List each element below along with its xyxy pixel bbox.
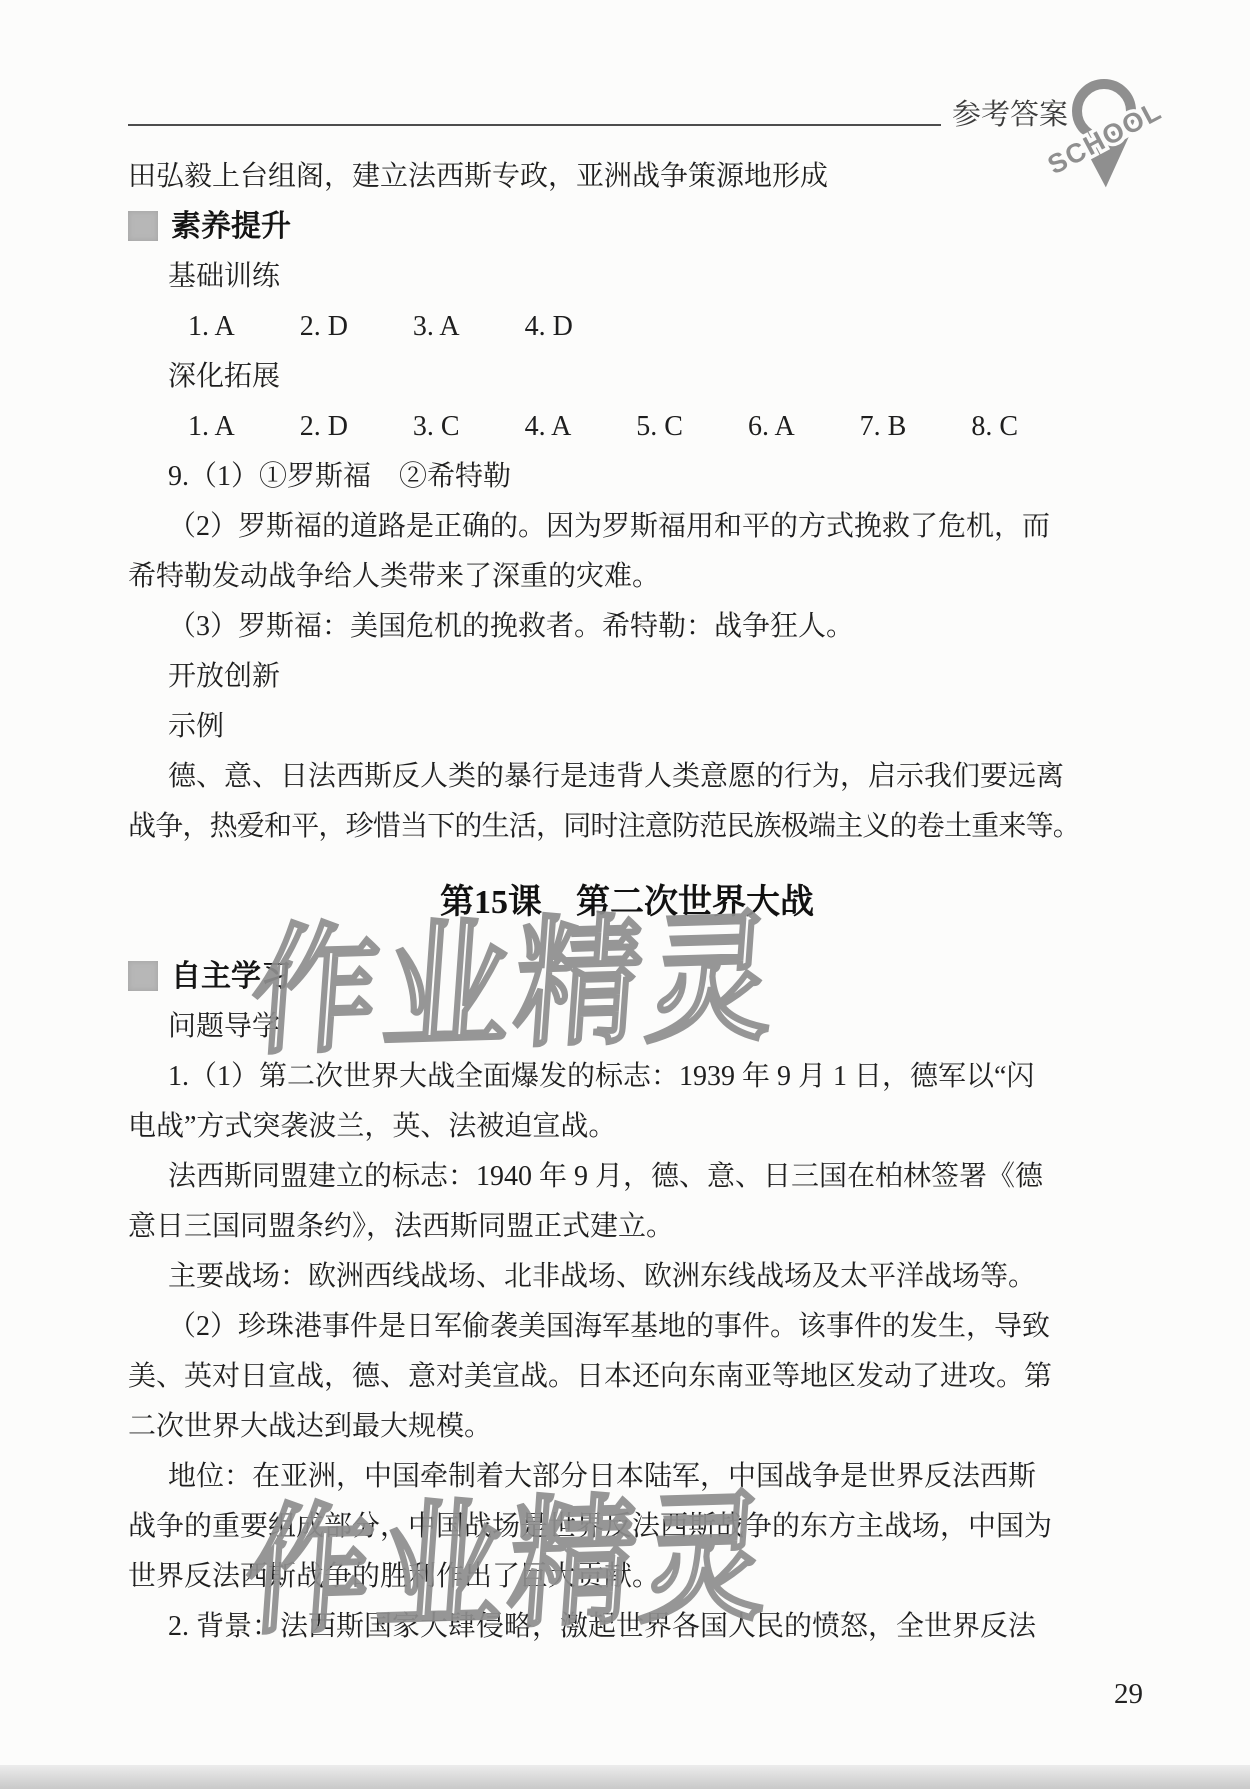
text-line: 2. 背景：法西斯国家大肆侵略，激起世界各国人民的愤怒，全世界反法 <box>128 1602 1080 1652</box>
header-rule <box>128 124 941 126</box>
text-line: 法西斯同盟建立的标志：1940 年 9 月，德、意、日三国在柏林签署《德 <box>128 1152 1080 1202</box>
answer-item: 7. B <box>860 402 907 452</box>
text-line: 主要战场：欧洲西线战场、北非战场、欧洲东线战场及太平洋战场等。 <box>128 1252 1080 1302</box>
page-number: 29 <box>1114 1678 1143 1711</box>
subheading: 问题导学 <box>128 1002 1080 1052</box>
section-marker-square <box>128 961 158 991</box>
text-line: （3）罗斯福：美国危机的挽救者。希特勒：战争狂人。 <box>128 602 1080 652</box>
text-line: 战争的重要组成部分，中国战场是世界反法西斯战争的东方主战场，中国为 <box>128 1502 1080 1552</box>
text-line: 世界反法西斯战争的胜利作出了巨大贡献。 <box>128 1552 1080 1602</box>
scan-bottom-edge <box>0 1765 1250 1789</box>
text-line: 美、英对日宣战，德、意对美宣战。日本还向东南亚等地区发动了进攻。第 <box>128 1352 1080 1402</box>
text-line: 二次世界大战达到最大规模。 <box>128 1402 1080 1452</box>
text-line: （2）珍珠港事件是日军偷袭美国海军基地的事件。该事件的发生，导致 <box>128 1302 1080 1352</box>
text-line: 电战”方式突袭波兰，英、法被迫宣战。 <box>128 1102 1080 1152</box>
answer-item: 8. C <box>971 402 1018 452</box>
answer-item: 1. A <box>188 402 235 452</box>
answer-item: 4. A <box>525 402 572 452</box>
subheading: 示例 <box>128 702 1080 752</box>
text-line: 意日三国同盟条约》，法西斯同盟正式建立。 <box>128 1202 1080 1252</box>
section-header: 自主学习 <box>128 952 1080 1002</box>
text-line: 田弘毅上台组阁，建立法西斯专政，亚洲战争策源地形成 <box>128 152 1080 202</box>
text-line: （2）罗斯福的道路是正确的。因为罗斯福用和平的方式挽救了危机，而 <box>128 502 1080 552</box>
text-line: 希特勒发动战争给人类带来了深重的灾难。 <box>128 552 1080 602</box>
answer-item: 5. C <box>636 402 683 452</box>
subheading: 开放创新 <box>128 652 1080 702</box>
subheading: 深化拓展 <box>128 352 1080 402</box>
answer-item: 6. A <box>748 402 795 452</box>
answer-item: 1. A <box>188 302 235 352</box>
answer-content: 田弘毅上台组阁，建立法西斯专政，亚洲战争策源地形成素养提升基础训练1. A2. … <box>128 152 1080 1652</box>
scanned-answer-page: 参考答案 SCHOOL 田弘毅上台组阁，建立法西斯专政，亚洲战争策源地形成素养提… <box>0 0 1250 1789</box>
lesson-title: 第15课 第二次世界大战 <box>128 878 1080 928</box>
subheading: 基础训练 <box>128 252 1080 302</box>
answer-item: 3. C <box>413 402 460 452</box>
text-line: 地位：在亚洲，中国牵制着大部分日本陆军，中国战争是世界反法西斯 <box>128 1452 1080 1502</box>
section-header: 素养提升 <box>128 202 1080 252</box>
text-line: 1.（1）第二次世界大战全面爆发的标志：1939 年 9 月 1 日，德军以“闪 <box>128 1052 1080 1102</box>
answers-row: 1. A2. D3. A4. D <box>128 302 1080 352</box>
text-line: 9.（1）①罗斯福 ②希特勒 <box>128 452 1080 502</box>
answer-item: 2. D <box>300 402 348 452</box>
text-line: 战争，热爱和平，珍惜当下的生活，同时注意防范民族极端主义的卷土重来等。 <box>128 802 1080 852</box>
answer-item: 3. A <box>413 302 460 352</box>
section-marker-square <box>128 211 158 241</box>
answer-item: 4. D <box>525 302 573 352</box>
text-line: 德、意、日法西斯反人类的暴行是违背人类意愿的行为，启示我们要远离 <box>128 752 1080 802</box>
answer-item: 2. D <box>300 302 348 352</box>
answers-row: 1. A2. D3. C4. A5. C6. A7. B8. C <box>128 402 1080 452</box>
